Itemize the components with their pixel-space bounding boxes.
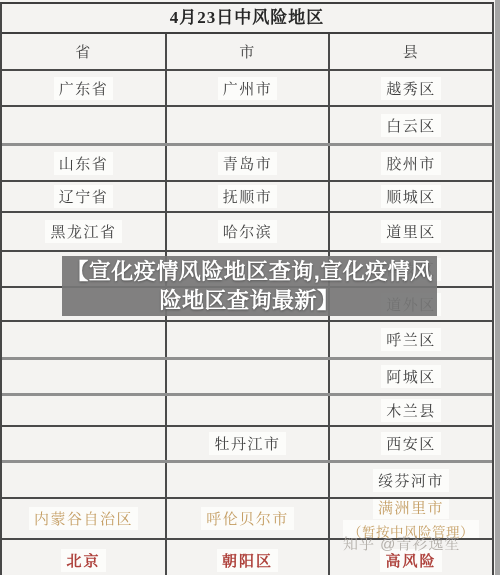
cell-county: 胶州市 bbox=[328, 146, 492, 180]
zhihu-watermark: 知乎 @青衫逸笙 bbox=[343, 533, 460, 554]
cell-province bbox=[2, 322, 165, 357]
cell-county: 绥芬河市 bbox=[328, 463, 492, 497]
cell-city bbox=[165, 463, 328, 497]
cell-county: 道里区 bbox=[328, 213, 492, 250]
cell-county: 顺城区 bbox=[328, 182, 492, 211]
cell-city: 广州市 bbox=[165, 71, 328, 105]
table-row: 木兰县 bbox=[2, 396, 492, 427]
table-row: 绥芬河市 bbox=[2, 463, 492, 499]
header-city: 市 bbox=[165, 34, 328, 69]
table-body: 广东省 广州市 越秀区 白云区 山东省 青岛市 胶州市 辽宁省 抚顺市 顺城区 … bbox=[2, 71, 492, 575]
right-edge-strip bbox=[495, 0, 500, 575]
table-title: 4月23日中风险地区 bbox=[2, 4, 492, 34]
cell-province: 广东省 bbox=[2, 71, 165, 105]
cell-city: 呼伦贝尔市 bbox=[165, 499, 328, 538]
table-row: 呼兰区 bbox=[2, 322, 492, 360]
cell-county: 呼兰区 bbox=[328, 322, 492, 357]
table-row: 阿城区 bbox=[2, 360, 492, 396]
cell-province bbox=[2, 396, 165, 425]
cell-county: 阿城区 bbox=[328, 360, 492, 393]
cell-county: 西安区 bbox=[328, 427, 492, 460]
header-county: 县 bbox=[328, 34, 492, 69]
table-header-row: 省 市 县 bbox=[2, 34, 492, 71]
cell-city: 抚顺市 bbox=[165, 182, 328, 211]
cell-city bbox=[165, 360, 328, 393]
cell-province bbox=[2, 107, 165, 143]
cell-province: 内蒙谷自治区 bbox=[2, 499, 165, 538]
cell-city: 青岛市 bbox=[165, 146, 328, 180]
cell-city bbox=[165, 107, 328, 143]
header-province-label: 省 bbox=[70, 40, 97, 63]
cell-city: 哈尔滨 bbox=[165, 213, 328, 250]
cell-province: 北京 bbox=[2, 540, 165, 575]
table-row: 黑龙江省 哈尔滨 道里区 bbox=[2, 213, 492, 252]
table-row: 山东省 青岛市 胶州市 bbox=[2, 146, 492, 182]
cell-county: 越秀区 bbox=[328, 71, 492, 105]
caption-text: 【宣化疫情风险地区查询,宣化疫情风险地区查询最新】 bbox=[66, 259, 433, 313]
cell-province: 黑龙江省 bbox=[2, 213, 165, 250]
table-row: 广东省 广州市 越秀区 bbox=[2, 71, 492, 107]
table-row: 白云区 bbox=[2, 107, 492, 146]
table-row: 牡丹江市 西安区 bbox=[2, 427, 492, 463]
cell-county: 白云区 bbox=[328, 107, 492, 143]
caption-overlay-banner: 【宣化疫情风险地区查询,宣化疫情风险地区查询最新】 bbox=[62, 256, 437, 316]
cell-city bbox=[165, 396, 328, 425]
cell-province: 山东省 bbox=[2, 146, 165, 180]
cell-county: 木兰县 bbox=[328, 396, 492, 425]
table-row: 辽宁省 抚顺市 顺城区 bbox=[2, 182, 492, 213]
cell-province bbox=[2, 427, 165, 460]
header-province: 省 bbox=[2, 34, 165, 69]
cell-province: 辽宁省 bbox=[2, 182, 165, 211]
cell-province bbox=[2, 360, 165, 393]
cell-province bbox=[2, 463, 165, 497]
cell-city: 朝阳区 bbox=[165, 540, 328, 575]
cell-city: 牡丹江市 bbox=[165, 427, 328, 460]
cell-city bbox=[165, 322, 328, 357]
header-county-label: 县 bbox=[398, 40, 425, 63]
header-city-label: 市 bbox=[234, 40, 261, 63]
